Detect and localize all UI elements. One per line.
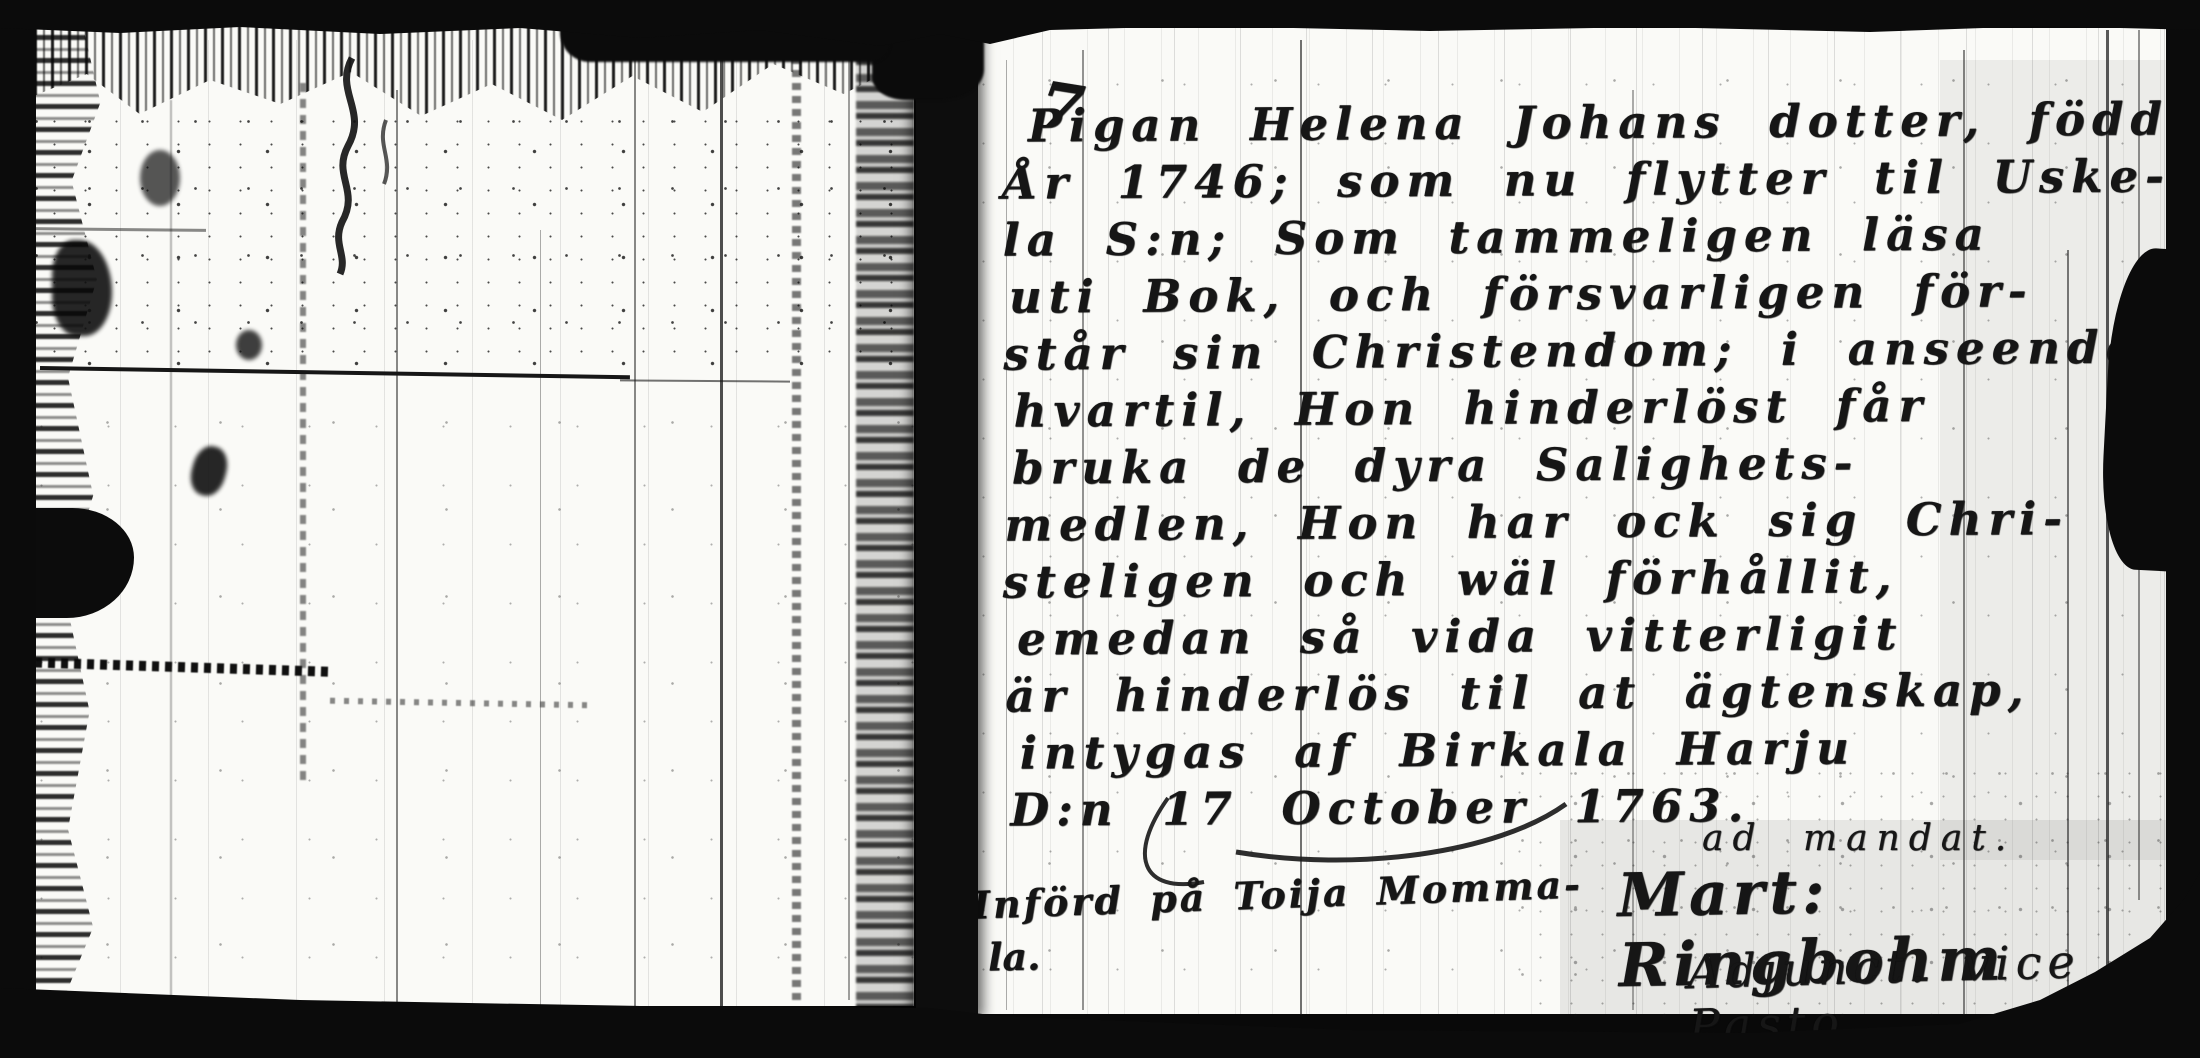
book-gutter — [916, 24, 978, 1014]
entry-line: Pigan Helena Johans dotter, född — [1028, 90, 2172, 154]
grime-streak — [792, 40, 801, 1000]
ad-mandat-note: ad mandat. — [1702, 818, 2015, 859]
register-scan: 7 Pigan Helena Johans dotter, född År 17… — [0, 0, 2200, 1058]
entry-line: medlen, Hon har ock sig Chri- — [1004, 489, 2174, 553]
scan-streak — [720, 26, 723, 1006]
entry-line: intygas af Birkala Harju — [1020, 717, 2176, 781]
scan-streak — [848, 60, 850, 1000]
gutter-grime — [856, 24, 914, 1010]
entry-line: emedan så vida vitterligit — [1017, 603, 2175, 667]
scan-frame-left — [0, 0, 36, 1058]
scan-streak — [396, 90, 398, 1006]
scan-streak — [540, 230, 541, 1006]
entry-line: står sin Christendom; i anseende — [1003, 318, 2173, 382]
entry-line: hvartil, Hon hinderlöst får — [1013, 375, 2173, 439]
entry-line: bruka de dyra Salighets- — [1012, 432, 2174, 496]
scan-streak — [634, 60, 636, 1006]
margin-note-line2: la. — [988, 934, 1041, 980]
entry-line: uti Bok, och försvarligen för- — [1009, 261, 2173, 325]
entry-line: År 1746; som nu flytter til Uske- — [1002, 147, 2172, 211]
ink-blotch — [140, 150, 180, 206]
ink-blotch — [236, 330, 262, 360]
entry-line: är hinderlös til at ägtenskap, — [1005, 660, 2175, 724]
entry-text-block: Pigan Helena Johans dotter, född År 1746… — [1002, 90, 2177, 838]
entry-line: steligen och wäl förhållit, — [1003, 546, 2175, 610]
entry-line: la S:n; Som tammeligen läsa — [1002, 204, 2172, 268]
scan-streak — [170, 100, 172, 1000]
